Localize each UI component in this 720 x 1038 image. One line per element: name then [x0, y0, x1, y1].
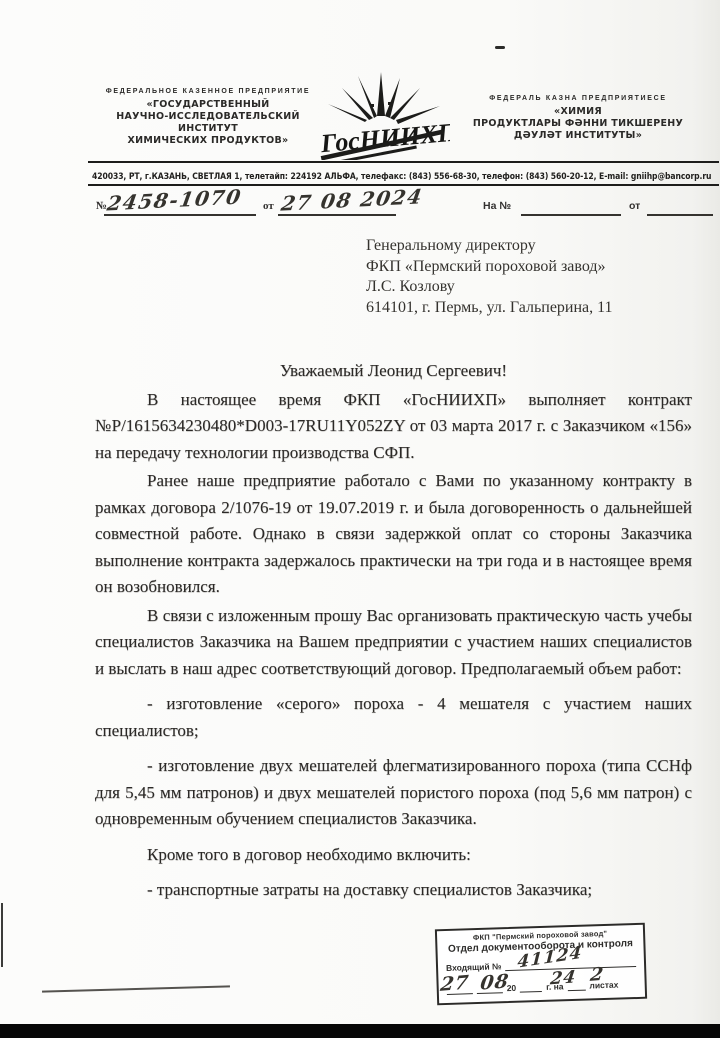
addressee-address: 614101, г. Пермь, ул. Гальперина, 11: [366, 298, 613, 319]
outgoing-number-handwritten: 2458-1070: [105, 185, 243, 216]
outgoing-date-handwritten: 27 08 2024: [279, 184, 424, 215]
incoming-registration-stamp: ФКП "Пермский пороховой завод" Отдел док…: [435, 923, 647, 1006]
org-name-line: ПРОДУКТЛАРЫ ФӘННИ ТИКШЕРЕНУ: [446, 118, 710, 130]
reply-date-label: от: [629, 200, 640, 212]
scan-edge-line: [1, 903, 3, 967]
contact-bar-text: 420033, РТ, г.КАЗАНЬ, СВЕТЛАЯ 1, телетай…: [92, 172, 711, 182]
salutation: Уважаемый Леонид Сергеевич!: [95, 358, 692, 385]
addressee-organization: ФКП «Пермский пороховой завод»: [366, 257, 613, 278]
stamp-month-handwritten: 08: [479, 970, 510, 994]
org-name-line: ДӘУЛӘТ ИНСТИТУТЫ»: [446, 130, 710, 142]
scanned-letter-page: ФЕДЕРАЛЬНОЕ КАЗЕННОЕ ПРЕДПРИЯТИЕ «ГОСУДА…: [0, 0, 720, 1038]
list-item-paragraph: - изготовление двух мешателей флегматизи…: [95, 753, 692, 833]
addressee-person: Л.С. Козлову: [366, 277, 613, 298]
pencil-line-artifact: [42, 985, 230, 992]
stamp-date-row: 20 г. на листах: [447, 978, 637, 995]
org-name-line: НАУЧНО-ИССЛЕДОВАТЕЛЬСКИЙ ИНСТИТУТ: [86, 111, 330, 135]
stamp-sheets-handwritten: 2: [589, 964, 605, 986]
letterhead-contact-bar: 420033, РТ, г.КАЗАНЬ, СВЕТЛАЯ 1, телетай…: [88, 161, 719, 186]
scan-bottom-bar: [0, 1024, 720, 1038]
reply-date-line: [647, 214, 713, 216]
org-type-line: ФЕДЕРАЛЬНОЕ КАЗЕННОЕ ПРЕДПРИЯТИЕ: [86, 88, 330, 95]
letterhead-org-tatar: ФЕДЕРАЛЬ КАЗНА ПРЕДПРИЯТИЕСЕ «ХИМИЯ ПРОД…: [446, 95, 710, 142]
paragraph: Кроме того в договор необходимо включить…: [95, 842, 692, 869]
list-item-paragraph: - изготовление «серого» пороха - 4 мешат…: [95, 691, 692, 744]
scan-dash-artifact: [495, 46, 505, 49]
addressee-position: Генеральному директору: [366, 236, 613, 257]
starburst-logo-icon: ГосНИИХП: [316, 72, 450, 160]
stamp-year-line: [520, 981, 542, 993]
stamp-year-handwritten: 24: [549, 967, 577, 989]
letter-body: Уважаемый Леонид Сергеевич! В настоящее …: [95, 358, 692, 906]
reply-number-label: На №: [483, 200, 511, 212]
org-name-line: «ГОСУДАРСТВЕННЫЙ: [86, 99, 330, 111]
addressee-block: Генеральному директору ФКП «Пермский пор…: [366, 236, 613, 318]
org-name-line: ХИМИЧЕСКИХ ПРОДУКТОВ»: [86, 135, 330, 147]
outgoing-date-label: от: [263, 200, 274, 212]
paragraph: Ранее наше предприятие работало с Вами п…: [95, 468, 692, 601]
gosniihp-logo: ГосНИИХП: [316, 72, 450, 160]
paragraph: В настоящее время ФКП «ГосНИИХП» выполня…: [95, 387, 692, 467]
letterhead-org-russian: ФЕДЕРАЛЬНОЕ КАЗЕННОЕ ПРЕДПРИЯТИЕ «ГОСУДА…: [86, 88, 330, 147]
org-type-line: ФЕДЕРАЛЬ КАЗНА ПРЕДПРИЯТИЕСЕ: [446, 95, 710, 102]
reply-number-line: [521, 214, 621, 216]
org-name-line: «ХИМИЯ: [446, 106, 710, 118]
paragraph: В связи с изложенным прошу Вас организов…: [95, 603, 692, 683]
outgoing-number-line: [104, 214, 256, 216]
stamp-day-handwritten: 27: [439, 971, 470, 995]
list-item-paragraph: - транспортные затраты на доставку специ…: [95, 877, 692, 904]
